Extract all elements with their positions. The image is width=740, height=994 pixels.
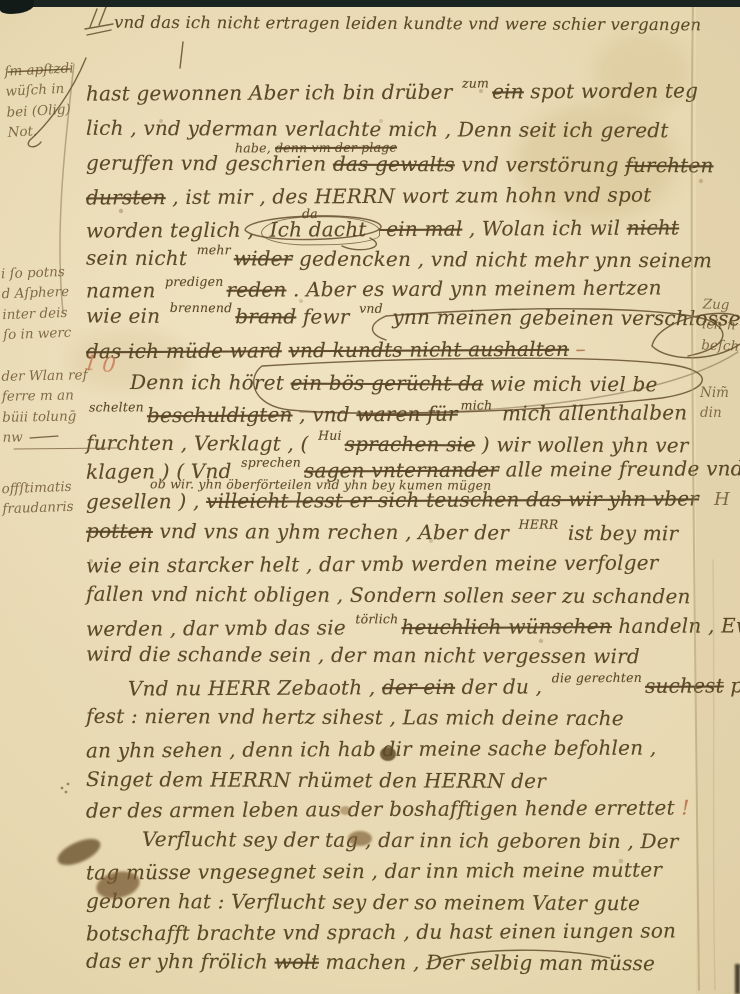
ink-text: namen: [86, 278, 162, 302]
margin-tick: [180, 42, 183, 68]
interlinear-insertion: mehr: [197, 242, 231, 257]
ink-text: ) wir wollen yhn ver: [475, 432, 688, 457]
struck-text: ein mal: [380, 217, 463, 241]
scan-dark-corner: [0, 0, 34, 14]
struck-text: reden: [226, 277, 286, 301]
manuscript-line: botschafft brachte vnd sprach , du hast …: [86, 918, 676, 945]
struck-text: sprachen sie: [345, 432, 476, 457]
ink-text: , ist mir , des HERRN wort zum hohn vnd …: [166, 183, 652, 210]
right-margin-note: Nim̃din: [700, 383, 729, 424]
left-margin-note: ſm apſtzdiwüſch inbei (Olig)Not.: [4, 58, 77, 143]
ink-text: fewr: [296, 304, 356, 328]
left-margin-note: der Wlan refferre m anbüii tolunḡ nw: [1, 365, 88, 447]
ink-text: wird die schande sein , der man nicht ve…: [86, 642, 640, 668]
margin-note-line: ſo in werc: [3, 323, 72, 346]
ink-text: wie ein: [86, 304, 167, 328]
ink-text: Verflucht sey der tag , dar inn ich gebo…: [142, 827, 679, 853]
ink-text: tag müsse vngesegnet sein , dar inn mich…: [86, 857, 662, 884]
manuscript-line: hast gewonnen Aber ich bin drüber zumein…: [86, 78, 698, 105]
manuscript-line: dursten , ist mir , des HERRN wort zum h…: [86, 183, 652, 210]
margin-note-line: der Wlan ref: [1, 365, 87, 387]
struck-text: heuchlich wünschen: [401, 614, 612, 639]
manuscript-line: fest : nieren vnd hertz sihest , Las mic…: [86, 704, 624, 730]
ink-text: , Wolan ich wil: [462, 216, 627, 241]
manuscript-line: Denn ich höret ein bös gerücht da wie mi…: [86, 370, 658, 396]
manuscript-line: der des armen leben aus der boshafftigen…: [86, 795, 690, 822]
struck-text: waren für: [356, 402, 457, 427]
interlinear-insertion: sprechen: [241, 455, 301, 470]
ink-text: machen , Der selbig man müsse: [319, 950, 655, 975]
manuscript-line: wie ein brennendbrand fewr vnd ynn meine…: [86, 304, 740, 331]
margin-note-line: Zug: [702, 294, 740, 316]
ink-text: mich allenthalben: [495, 400, 687, 425]
interlinear-insertion: die gerechten: [552, 670, 642, 685]
margin-note-line: d Aſphere: [1, 282, 70, 305]
interlinear-insertion: Hui: [318, 428, 342, 443]
ink-text: ist bey mir: [561, 521, 678, 546]
manuscript-line: gesellen ) , villeicht lesst er sich teu…: [86, 486, 699, 513]
ink-text: an yhn sehen , denn ich hab dir meine sa…: [86, 736, 656, 763]
ink-text: fallen vnd nicht obligen , Sondern solle…: [86, 582, 691, 609]
asterism-mark: [61, 783, 70, 794]
manuscript-line: furchten , Verklagt , ( Huisprachen sie …: [86, 431, 689, 458]
manuscript-line: scheltenbeschuldigten , vnd waren fürmic…: [86, 400, 687, 427]
right-margin-note: H: [714, 486, 730, 513]
scan-dark-edge-right: [735, 964, 740, 994]
ink-text: gesellen ) ,: [86, 489, 206, 514]
interlinear-insertion: predigen: [165, 274, 224, 289]
insertion-mark-icon: [85, 7, 113, 35]
manuscript-line: Vnd nu HERR Zebaoth , der ein der du , d…: [86, 673, 740, 701]
struck-text: nicht: [627, 215, 680, 239]
ink-text: hast gewonnen Aber ich bin drüber: [86, 80, 459, 106]
margin-note-line: Nim̃: [700, 383, 729, 403]
interlinear-insertion: brennend: [170, 300, 233, 315]
ink-text: wie ein starcker helt , dar vmb werden m…: [86, 551, 659, 578]
red-ink-mark: –: [569, 337, 586, 361]
manuscript-line: fallen vnd nicht obligen , Sondern solle…: [86, 582, 691, 609]
ink-text: spot worden teg: [524, 78, 698, 103]
ink-text: werden , dar vmb das sie: [86, 615, 353, 640]
ink-text: geruffen vnd geschrien: [86, 151, 333, 176]
ink-text: sein nicht: [86, 246, 194, 270]
struck-text: brand: [235, 304, 296, 328]
margin-note-line: Not.: [7, 119, 77, 143]
struck-text: ein bös gerücht da: [290, 371, 483, 396]
manuscript-line: werden , dar vmb das sie törlichheuchlic…: [86, 613, 740, 641]
ink-text: alle meine freunde vnd: [499, 456, 740, 481]
manuscript-line: wie ein starcker helt , dar vmb werden m…: [86, 551, 659, 578]
struck-text: vnd kundts nicht aushalten: [288, 337, 569, 362]
ink-text: vnd das ich nicht ertragen leiden kundte…: [114, 13, 701, 35]
manuscript-line: vnd das ich nicht ertragen leiden kundte…: [114, 13, 701, 35]
ink-text: Denn ich höret: [130, 370, 291, 395]
margin-note-line: offſtimatis: [1, 477, 73, 500]
manuscript-line: sein nicht mehrwider gedencken , vnd nic…: [86, 246, 712, 273]
margin-note-line: fraudanris: [2, 497, 74, 520]
ink-text: gedencken , vnd nicht mehr ynn seinem: [292, 247, 712, 273]
left-margin-note: i ſo potnsd Aſphereinter deisſo in werc: [1, 262, 72, 345]
ink-text: furchten , Verklagt , (: [86, 431, 315, 456]
struck-text: das gewalts: [333, 152, 455, 177]
ink-text: worden teglich ,: [86, 218, 261, 243]
ink-text: das er yhn frölich: [86, 949, 275, 974]
struck-text: wider: [234, 246, 293, 270]
struck-text: suchest: [645, 673, 724, 697]
struck-text: dursten: [86, 185, 166, 209]
manuscript-scan: vnd das ich nicht ertragen leiden kundte…: [0, 0, 740, 994]
manuscript-line: worden teglich , Ich dacht ein mal , Wol…: [86, 215, 679, 242]
ink-text: Singet dem HERRN rhümet den HERRN der: [86, 767, 546, 793]
manuscript-line: tag müsse vngesegnet sein , dar inn mich…: [86, 857, 662, 884]
red-ink-mark: !: [681, 795, 689, 819]
manuscript-line: lich , vnd yderman verlachte mich , Denn…: [86, 116, 669, 143]
struck-text: wolt: [275, 950, 320, 974]
verse-number-red: 10: [83, 350, 122, 378]
ink-text: vnd vns an yhm rechen , Aber der: [153, 519, 516, 545]
ink-text: ynn meinen gebeinen verschlossen: [386, 305, 740, 331]
margin-note-line: din: [700, 403, 729, 423]
interlinear-insertion: törlich: [355, 611, 398, 626]
manuscript-line: geboren hat : Verflucht sey der so meine…: [86, 889, 640, 915]
left-margin-note: offſtimatisfraudanris: [1, 477, 74, 520]
margin-note-line: ich n: [702, 315, 740, 337]
ink-text: geboren hat : Verflucht sey der so meine…: [86, 889, 640, 915]
struck-text: potten: [86, 519, 153, 543]
ink-text: lich , vnd yderman verlachte mich , Denn…: [86, 116, 669, 143]
interlinear-insertion: mich: [461, 397, 493, 412]
manuscript-line: das er yhn frölich wolt machen , Der sel…: [86, 949, 655, 975]
interlinear-insertion: zum: [462, 75, 489, 90]
ink-text: wie mich viel be: [483, 371, 657, 396]
ink-text: der des armen leben aus der boshafftigen…: [86, 795, 681, 822]
margin-note-line: büii tolunḡ: [2, 406, 88, 428]
ink-text: vnd verstörung: [455, 152, 626, 177]
circled-text: Ich dacht: [261, 216, 380, 246]
right-margin-note: Zugich nbeſch: [701, 294, 740, 356]
manuscript-line: Singet dem HERRN rhümet den HERRN der: [86, 767, 546, 793]
ink-text: botschafft brachte vnd sprach , du hast …: [86, 918, 676, 945]
margin-note-line: bei (Olig): [6, 99, 76, 123]
interlinear-insertion: HERR: [519, 517, 559, 532]
struck-text: der ein: [382, 675, 455, 699]
manuscript-line: geruffen vnd geschrien das gewalts vnd v…: [86, 151, 714, 178]
margin-note-line: ferre m an: [2, 386, 88, 408]
ink-text: , vnd: [293, 402, 357, 426]
interlinear-insertion: schelten: [89, 399, 144, 414]
margin-note-line: H: [714, 486, 730, 513]
struck-text: villeicht lesst er sich teuschen das wir…: [206, 486, 699, 513]
ink-text: handeln , Ewig: [612, 613, 740, 638]
manuscript-line: potten vnd vns an yhm rechen , Aber der …: [86, 519, 678, 546]
margin-note-line: beſch: [701, 335, 740, 357]
margin-note-line: i ſo potns: [1, 262, 70, 285]
struck-text: furchten: [625, 153, 713, 177]
manuscript-line: namen predigenreden . Aber es ward ynn m…: [86, 275, 662, 302]
ink-text: Vnd nu HERR Zebaoth ,: [128, 675, 382, 700]
manuscript-line: wird die schande sein , der man nicht ve…: [86, 642, 640, 668]
margin-note-line: inter deis: [2, 302, 71, 325]
ink-text: fest : nieren vnd hertz sihest , Las mic…: [86, 704, 624, 730]
manuscript-line: das ich müde ward vnd kundts nicht ausha…: [86, 337, 586, 364]
ink-text: der du ,: [455, 674, 549, 698]
struck-text: ein: [492, 79, 524, 103]
interlinear-insertion: vnd: [359, 301, 383, 316]
manuscript-line: Verflucht sey der tag , dar inn ich gebo…: [86, 827, 679, 854]
struck-text: beschuldigten: [147, 402, 293, 427]
scan-dark-edge-top: [0, 0, 740, 7]
margin-note-line: nw: [2, 426, 88, 448]
manuscript-line: an yhn sehen , denn ich hab dir meine sa…: [86, 736, 656, 763]
ink-text: prü: [724, 673, 740, 697]
ink-text: . Aber es ward ynn meinem hertzen: [286, 275, 661, 301]
